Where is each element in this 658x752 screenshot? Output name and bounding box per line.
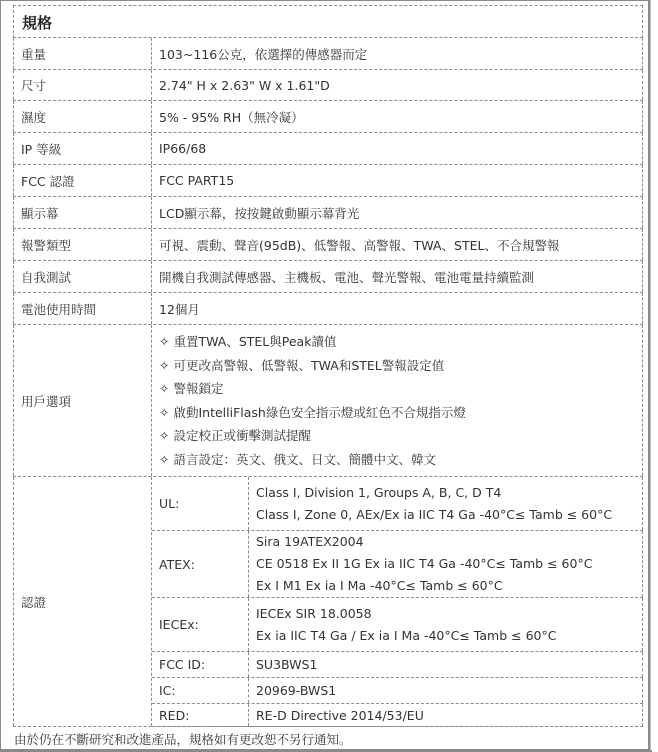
spec-label: IP 等級 — [13, 133, 152, 164]
spec-value: 5% - 95% RH（無冷凝） — [152, 101, 643, 132]
spec-label: 報警類型 — [13, 229, 152, 260]
spec-row-weight: 重量 103~116公克，依選擇的傳感器而定 — [13, 38, 643, 70]
cert-value: IECEx SIR 18.0058 Ex ia IIC T4 Ga / Ex i… — [249, 598, 643, 651]
spec-row-fcc: FCC 認證 FCC PART15 — [13, 165, 643, 197]
cert-key: FCC ID: — [152, 652, 249, 677]
spec-value: 可視、震動、聲音(95dB)、低警報、高警報、TWA、STEL、不合規警報 — [152, 229, 643, 260]
spec-label: 重量 — [13, 38, 152, 69]
spec-label: 顯示幕 — [13, 197, 152, 228]
list-item: ✧ 語言設定：英文、俄文、日文、簡體中文、韓文 — [159, 448, 436, 472]
list-item: ✧ 警報鎖定 — [159, 377, 223, 401]
spec-label: 認證 — [13, 477, 152, 726]
cert-key: RED: — [152, 704, 249, 726]
spec-label: 尺寸 — [13, 70, 152, 100]
disclaimer-note: 由於仍在不斷研究和改進產品，規格如有更改恕不另行通知。 — [14, 730, 352, 748]
list-item: ✧ 重置TWA、STEL與Peak讀值 — [159, 330, 336, 354]
spec-value: 開機自我測試傳感器、主機板、電池、聲光警報、電池電量持續監測 — [152, 261, 643, 292]
cert-row-ic: IC: 20969-BWS1 — [152, 678, 643, 704]
list-item: ✧ 設定校正或衝擊測試提醒 — [159, 424, 311, 448]
cert-row-atex: ATEX: Sira 19ATEX2004 CE 0518 Ex II 1G E… — [152, 531, 643, 598]
spec-row-humidity: 濕度 5% - 95% RH（無冷凝） — [13, 101, 643, 133]
spec-title: 規格 — [22, 12, 52, 33]
cert-value: SU3BWS1 — [249, 652, 643, 677]
spec-label: FCC 認證 — [13, 165, 152, 196]
cert-row-red: RED: RE-D Directive 2014/53/EU — [152, 704, 643, 727]
diamond-bullet-icon: ✧ — [159, 405, 169, 420]
spec-value: 12個月 — [152, 293, 643, 324]
cert-key: ATEX: — [152, 531, 249, 597]
cert-key: IECEx: — [152, 598, 249, 651]
user-options-list: ✧ 重置TWA、STEL與Peak讀值 ✧ 可更改高警報、低警報、TWA和STE… — [152, 325, 643, 476]
spec-table-header: 規格 — [13, 5, 643, 38]
spec-row-size: 尺寸 2.74" H x 2.63" W x 1.61"D — [13, 70, 643, 101]
spec-label: 電池使用時間 — [13, 293, 152, 324]
page-edge — [650, 0, 658, 752]
spec-row-battery-life: 電池使用時間 12個月 — [13, 293, 643, 325]
spec-value: 103~116公克，依選擇的傳感器而定 — [152, 38, 643, 69]
cert-value: Class I, Division 1, Groups A, B, C, D T… — [249, 477, 643, 530]
cert-row-fcc-id: FCC ID: SU3BWS1 — [152, 652, 643, 678]
cert-row-iecex: IECEx: IECEx SIR 18.0058 Ex ia IIC T4 Ga… — [152, 598, 643, 652]
diamond-bullet-icon: ✧ — [159, 452, 169, 467]
spec-value: FCC PART15 — [152, 165, 643, 196]
spec-row-self-test: 自我測試 開機自我測試傳感器、主機板、電池、聲光警報、電池電量持續監測 — [13, 261, 643, 293]
cert-value: RE-D Directive 2014/53/EU — [249, 704, 643, 726]
spec-value: IP66/68 — [152, 133, 643, 164]
spec-row-alarm-types: 報警類型 可視、震動、聲音(95dB)、低警報、高警報、TWA、STEL、不合規… — [13, 229, 643, 261]
diamond-bullet-icon: ✧ — [159, 428, 169, 443]
spec-label: 自我測試 — [13, 261, 152, 292]
cert-value: Sira 19ATEX2004 CE 0518 Ex II 1G Ex ia I… — [249, 531, 643, 597]
spec-label: 濕度 — [13, 101, 152, 132]
cert-key: UL: — [152, 477, 249, 530]
spec-row-user-options: 用戶選項 ✧ 重置TWA、STEL與Peak讀值 ✧ 可更改高警報、低警報、TW… — [13, 325, 643, 477]
spec-value: 2.74" H x 2.63" W x 1.61"D — [152, 70, 643, 100]
spec-row-display: 顯示幕 LCD顯示幕，按按鍵啟動顯示幕背光 — [13, 197, 643, 229]
list-item: ✧ 可更改高警報、低警報、TWA和STEL警報設定值 — [159, 354, 444, 378]
cert-value: 20969-BWS1 — [249, 678, 643, 703]
spec-label: 用戶選項 — [13, 325, 152, 476]
diamond-bullet-icon: ✧ — [159, 334, 169, 349]
list-item: ✧ 啟動IntelliFlash綠色安全指示燈或紅色不合規指示燈 — [159, 401, 466, 425]
cert-key: IC: — [152, 678, 249, 703]
spec-row-ip-rating: IP 等級 IP66/68 — [13, 133, 643, 165]
spec-value: LCD顯示幕，按按鍵啟動顯示幕背光 — [152, 197, 643, 228]
cert-row-ul: UL: Class I, Division 1, Groups A, B, C,… — [152, 477, 643, 531]
diamond-bullet-icon: ✧ — [159, 381, 169, 396]
diamond-bullet-icon: ✧ — [159, 358, 169, 373]
